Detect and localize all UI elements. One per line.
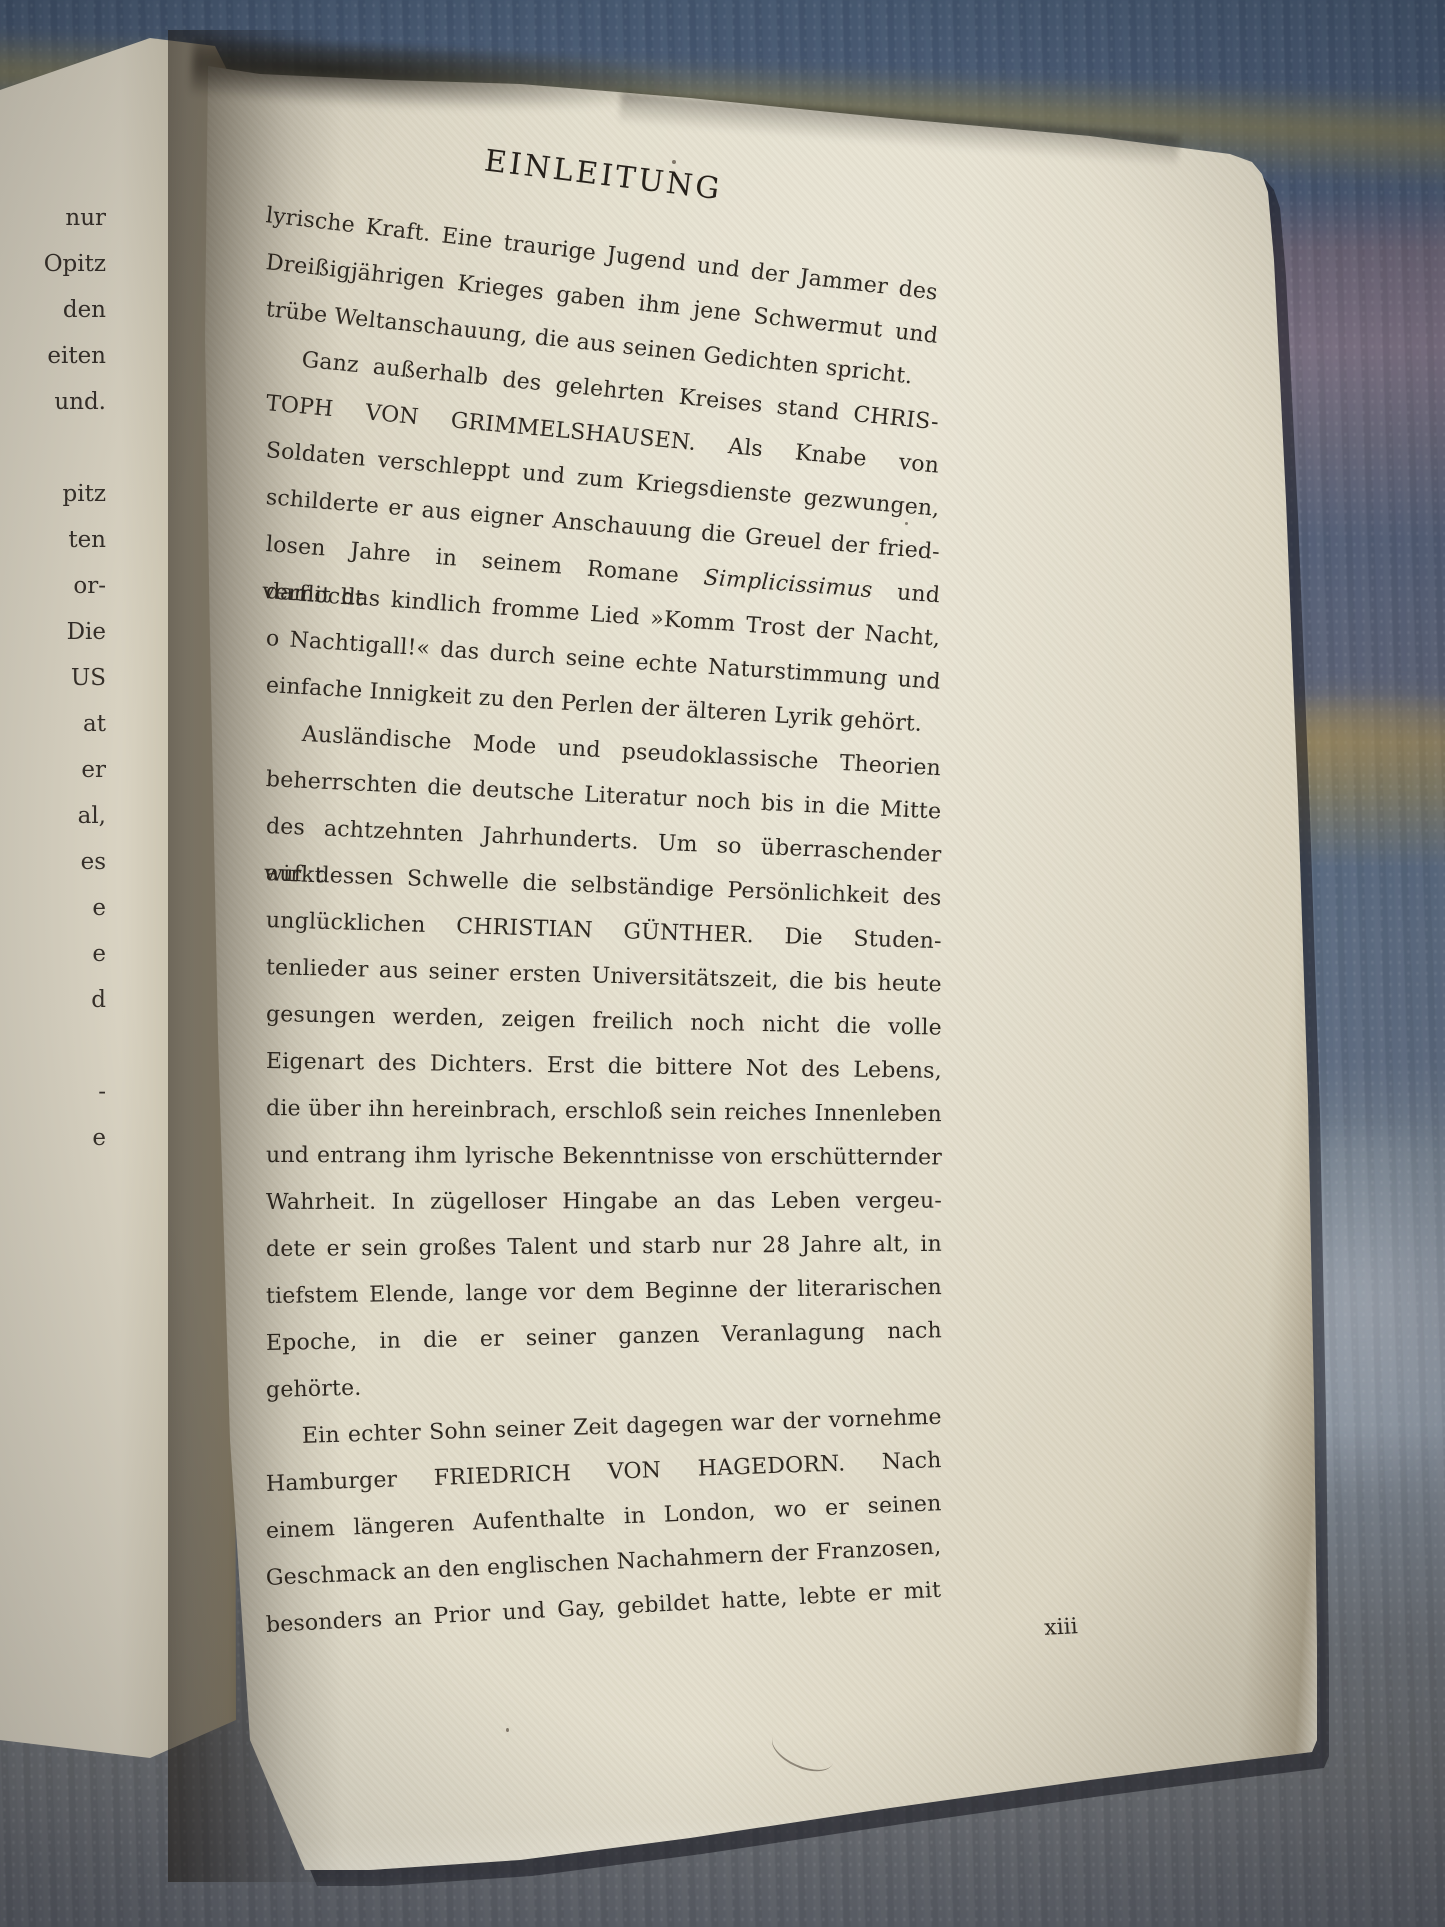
paper-speck [905, 522, 908, 525]
paper-speck [506, 1728, 509, 1732]
facing-page-fragment: US [0, 655, 106, 701]
facing-page-fragment: e [0, 1115, 106, 1161]
book-photo: nurOpitzdeneitenund. pitztenor-DieUSater… [0, 0, 1445, 1927]
facing-page-fragment: eiten [0, 333, 106, 379]
text-line: und entrang ihm lyrische Bekenntnisse vo… [266, 1132, 942, 1181]
facing-page-fragment: es [0, 839, 106, 885]
facing-page-fragment: e [0, 931, 106, 977]
facing-page-fragment: - [0, 1069, 106, 1115]
page-number: xiii [1015, 1613, 1106, 1643]
facing-page-fragment [0, 425, 106, 471]
facing-page-fragment: Opitz [0, 241, 106, 287]
facing-page-fragment: und. [0, 379, 106, 425]
facing-page-fragment: d [0, 977, 106, 1023]
facing-page-fragment: e [0, 885, 106, 931]
facing-page-fragment: pitz [0, 471, 106, 517]
facing-page-fragment [0, 1023, 106, 1069]
facing-page-fragment: Die [0, 609, 106, 655]
facing-page-fragment: al, [0, 793, 106, 839]
facing-page-fragment: nur [0, 195, 106, 241]
facing-page-fragment: at [0, 701, 106, 747]
facing-page-fragment: ten [0, 517, 106, 563]
body-lines: lyrische Kraft. Eine traurige Jugend und… [266, 192, 942, 1649]
facing-page-fragment: er [0, 747, 106, 793]
facing-page-sliver: nurOpitzdeneitenund. pitztenor-DieUSater… [0, 20, 240, 1770]
paper-speck [672, 160, 676, 164]
text-line: Wahrheit. In zügelloser Hingabe an das L… [266, 1178, 942, 1226]
facing-page-fragment: den [0, 287, 106, 333]
text-line: die über ihn hereinbrach, erschloß sein … [266, 1085, 942, 1138]
facing-page-fragment: or- [0, 563, 106, 609]
facing-page-fragments: nurOpitzdeneitenund. pitztenor-DieUSater… [0, 195, 122, 1161]
